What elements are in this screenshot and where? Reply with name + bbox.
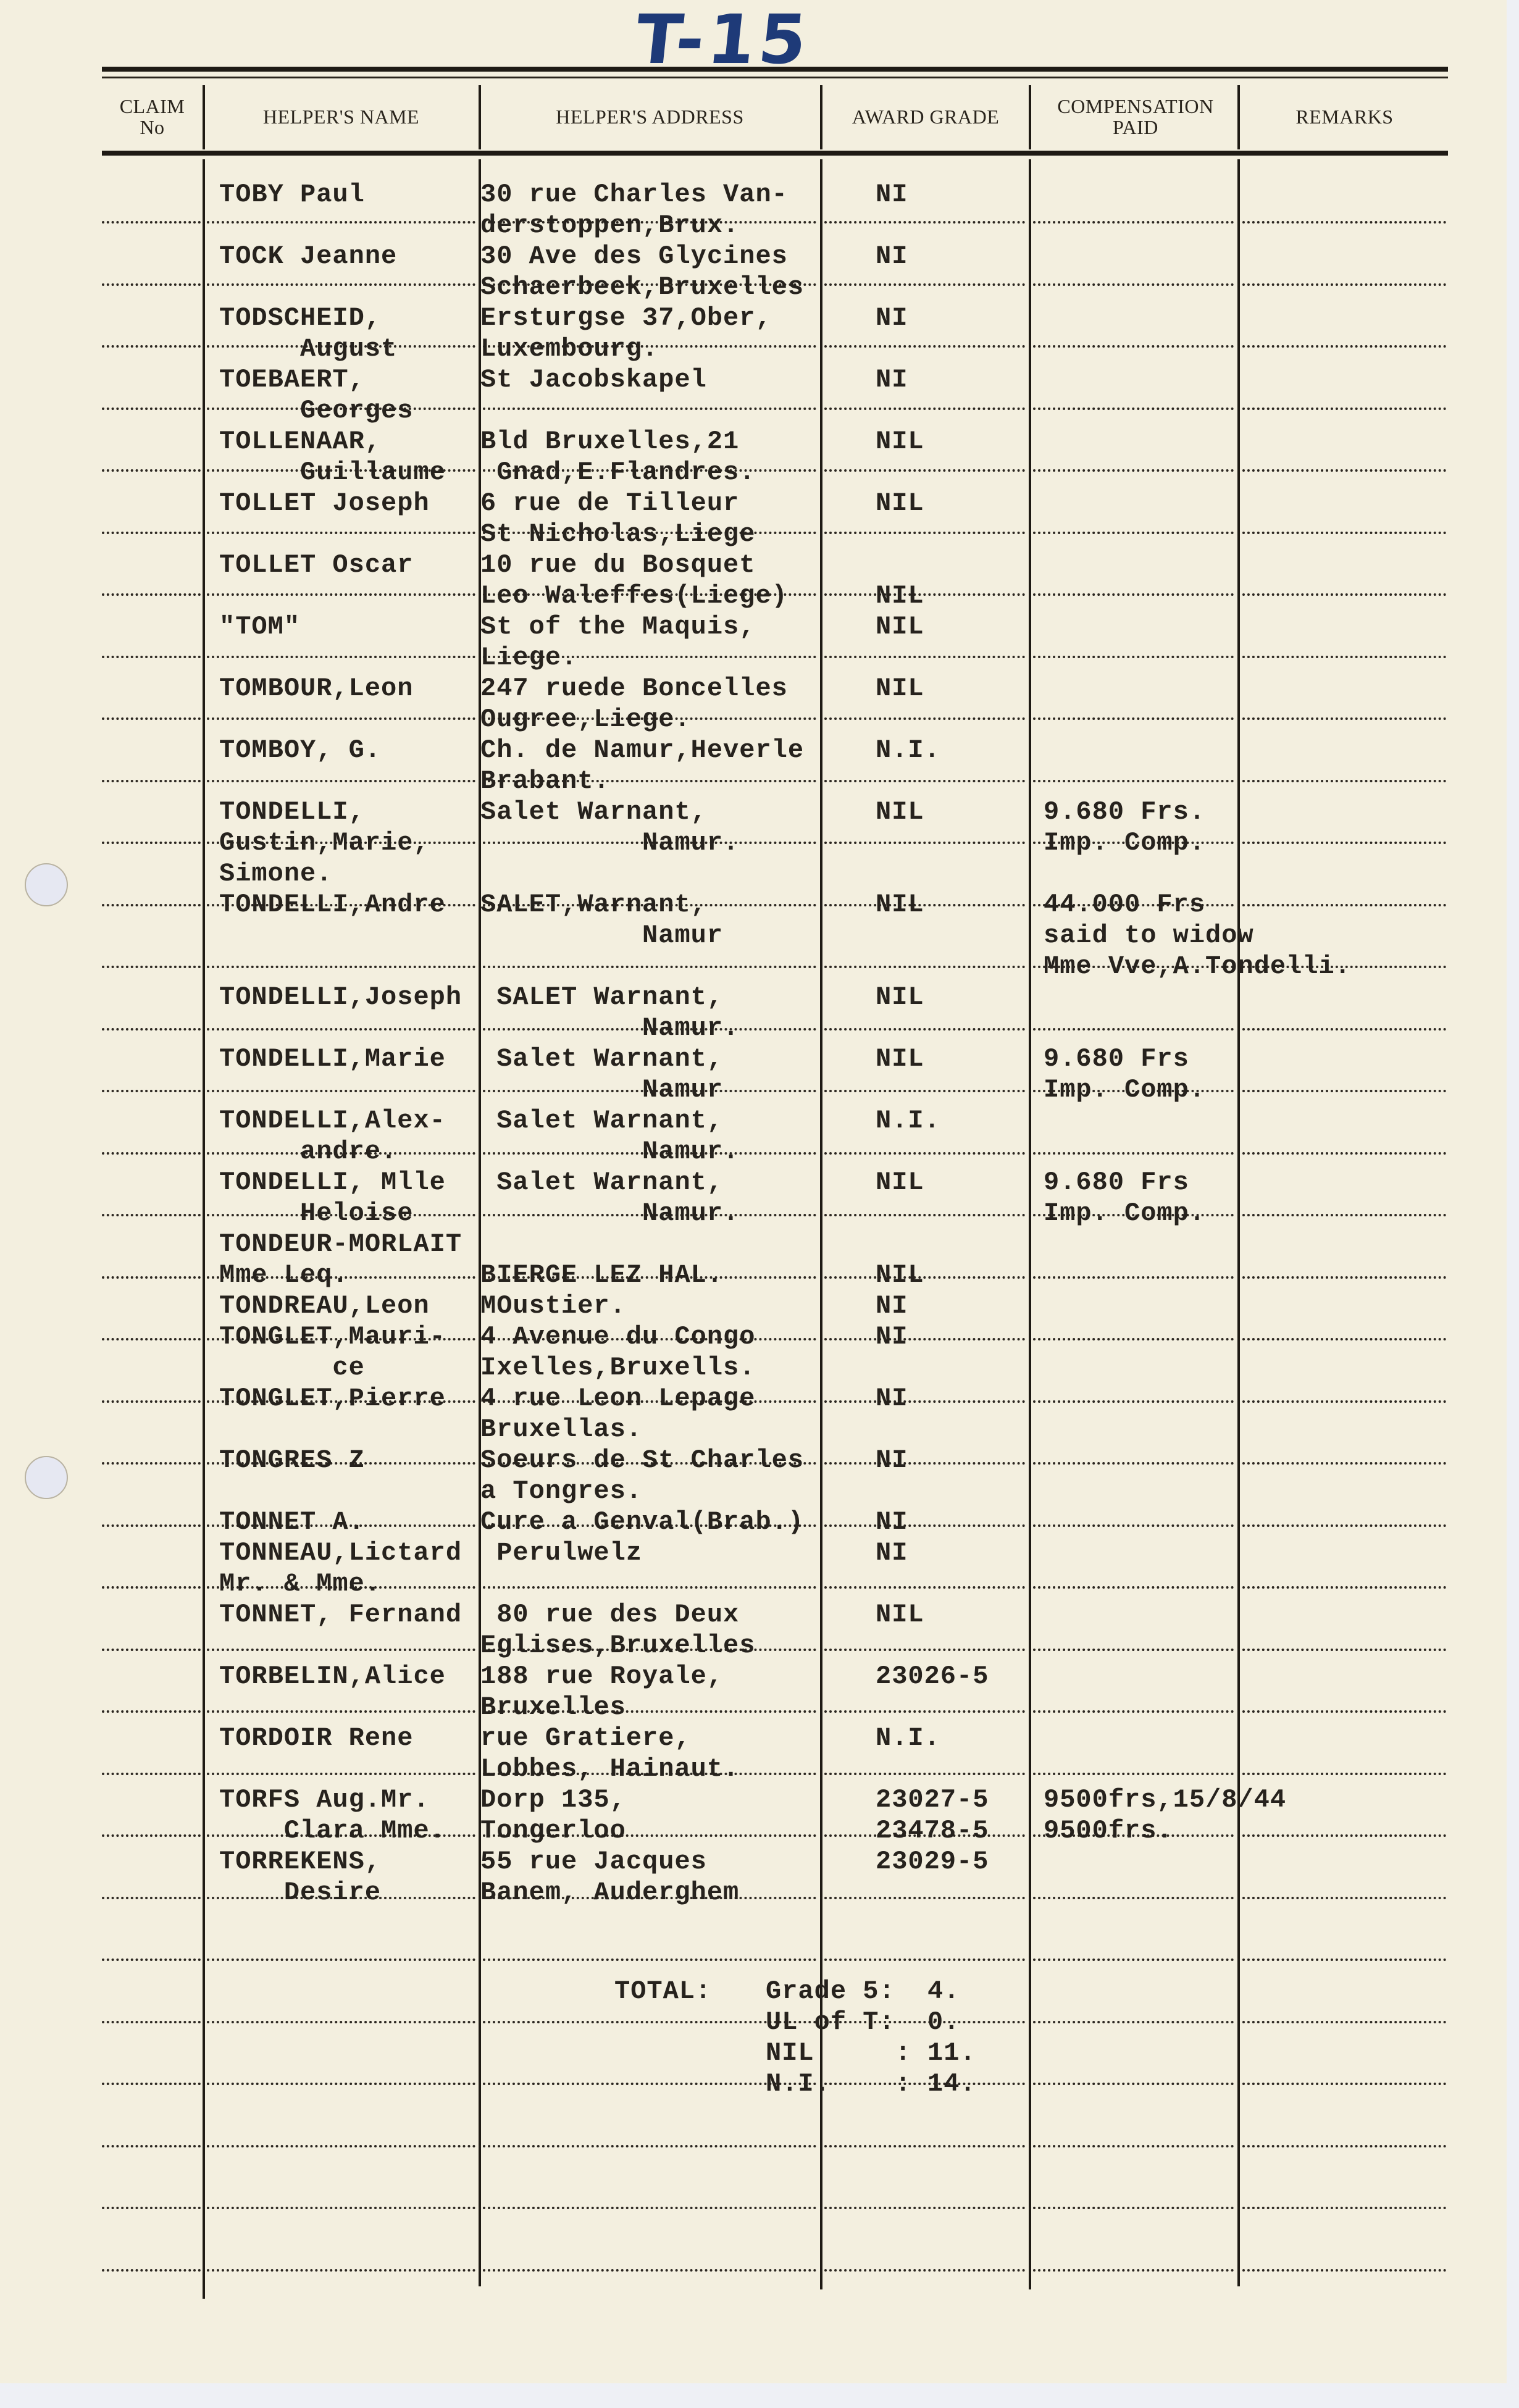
- cell-address: Luxembourg.: [480, 333, 658, 364]
- dotted-rule: [1242, 1834, 1446, 1837]
- cell-address: rue Gratiere,: [480, 1723, 691, 1754]
- cell-address: Gnad,E.Flandres.: [480, 457, 755, 488]
- dotted-rule: [483, 966, 816, 968]
- cell-address: Eglises,Bruxelles: [480, 1630, 755, 1661]
- dotted-rule: [824, 2269, 1025, 2272]
- cell-address: Tongerloo: [480, 1815, 626, 1846]
- totals-label: TOTAL:: [614, 1976, 711, 2007]
- dotted-rule: [824, 717, 1025, 720]
- cell-grade: 23029-5: [876, 1846, 989, 1877]
- cell-grade: NI: [876, 1507, 908, 1537]
- dotted-rule: [1033, 656, 1234, 658]
- dotted-rule: [1033, 469, 1234, 472]
- dotted-rule: [824, 656, 1025, 658]
- cell-name: TORREKENS,: [219, 1846, 381, 1877]
- cell-name: TONDEUR-MORLAIT: [219, 1229, 462, 1260]
- dotted-rule: [102, 345, 201, 348]
- dotted-rule: [102, 2083, 201, 2085]
- dotted-rule: [1242, 345, 1446, 348]
- dotted-rule: [1033, 780, 1234, 782]
- dotted-rule: [1033, 1586, 1234, 1589]
- cell-address: 30 Ave des Glycines: [480, 241, 788, 272]
- dotted-rule: [207, 532, 475, 534]
- dotted-rule: [824, 1338, 1025, 1340]
- cell-grade: NIL: [876, 426, 924, 457]
- header-award-grade: AWARD GRADE: [821, 86, 1030, 148]
- dotted-rule: [102, 1462, 201, 1465]
- header-compensation-paid: COMPENSATION PAID: [1031, 86, 1240, 148]
- cell-grade: NI: [876, 1383, 908, 1414]
- dotted-rule: [824, 593, 1025, 596]
- header-divider: [1237, 85, 1240, 149]
- header-helper-address: HELPER'S ADDRESS: [480, 86, 820, 148]
- dotted-rule: [102, 1834, 201, 1837]
- cell-address: BIERGE LEZ HAL.: [480, 1260, 723, 1290]
- cell-name: TONGLET,Mauri-: [219, 1321, 446, 1352]
- dotted-rule: [102, 717, 201, 720]
- cell-comp: Imp. Comp.: [1044, 827, 1205, 858]
- cell-name: "TOM": [219, 611, 300, 642]
- dotted-rule: [207, 221, 475, 224]
- cell-name: TOCK Jeanne: [219, 241, 397, 272]
- cell-address: Brabant.: [480, 766, 610, 796]
- cell-address: Namur.: [480, 1136, 739, 1167]
- dotted-rule: [824, 1090, 1025, 1092]
- dotted-rule: [1242, 469, 1446, 472]
- dotted-rule: [102, 904, 201, 906]
- dotted-rule: [102, 1710, 201, 1713]
- dotted-rule: [824, 904, 1025, 906]
- cell-name: Desire: [219, 1877, 381, 1908]
- cell-grade: NIL: [876, 889, 924, 920]
- dotted-rule: [824, 1897, 1025, 1899]
- cell-name: TORDOIR Rene: [219, 1723, 413, 1754]
- dotted-rule: [1242, 780, 1446, 782]
- cell-address: Namur.: [480, 1198, 739, 1229]
- dotted-rule: [207, 1028, 475, 1031]
- cell-grade: NI: [876, 1290, 908, 1321]
- dotted-rule: [824, 1152, 1025, 1155]
- dotted-rule: [102, 1524, 201, 1527]
- dotted-rule: [102, 1214, 201, 1216]
- cell-address: derstoppen,Brux.: [480, 210, 739, 241]
- dotted-rule: [1033, 1773, 1234, 1775]
- header-divider: [203, 85, 205, 149]
- totals-row: UL of T: 0.: [766, 2007, 960, 2038]
- dotted-rule: [824, 283, 1025, 286]
- cell-comp: 9.680 Frs: [1044, 1043, 1189, 1074]
- cell-address: Banem, Auderghem: [480, 1877, 739, 1908]
- dotted-rule: [1242, 2269, 1446, 2272]
- dotted-rule: [207, 1773, 475, 1775]
- cell-comp: said to widow: [1044, 920, 1254, 951]
- dotted-rule: [824, 1524, 1025, 1527]
- cell-address: Namur.: [480, 827, 739, 858]
- cell-address: 10 rue du Bosquet: [480, 550, 755, 580]
- cell-grade: NI: [876, 1537, 908, 1568]
- header-claim-no: CLAIM No: [102, 86, 203, 148]
- dotted-rule: [1033, 532, 1234, 534]
- dotted-rule: [102, 2021, 201, 2023]
- dotted-rule: [1033, 1462, 1234, 1465]
- dotted-rule: [1033, 1649, 1234, 1651]
- dotted-rule: [824, 1959, 1025, 1961]
- cell-name: TODSCHEID,: [219, 303, 381, 333]
- dotted-rule: [824, 1028, 1025, 1031]
- dotted-rule: [1242, 408, 1446, 410]
- dotted-rule: [1242, 1338, 1446, 1340]
- cell-address: Cure a Genval(Brab.): [480, 1507, 804, 1537]
- dotted-rule: [824, 966, 1025, 968]
- cell-name: TOEBAERT,: [219, 364, 365, 395]
- cell-name: TONGRES Z: [219, 1445, 365, 1476]
- dotted-rule: [207, 2207, 475, 2209]
- dotted-rule: [824, 1276, 1025, 1279]
- cell-address: 30 rue Charles Van-: [480, 179, 788, 210]
- punch-hole: [25, 863, 68, 906]
- cell-grade: NI: [876, 1445, 908, 1476]
- cell-address: 4 Avenue du Congo: [480, 1321, 755, 1352]
- dotted-rule: [824, 532, 1025, 534]
- dotted-rule: [1033, 2207, 1234, 2209]
- dotted-rule: [207, 283, 475, 286]
- cell-grade: NIL: [876, 673, 924, 704]
- dotted-rule: [1242, 1028, 1446, 1031]
- header-top-rule: [102, 67, 1448, 72]
- cell-address: SALET Warnant,: [480, 982, 723, 1013]
- cell-address: Salet Warnant,: [480, 796, 707, 827]
- cell-address: Leo Waleffes(Liege): [480, 580, 788, 611]
- header-divider: [479, 85, 481, 149]
- dotted-rule: [1242, 532, 1446, 534]
- dotted-rule: [102, 1959, 201, 1961]
- dotted-rule: [824, 1710, 1025, 1713]
- cell-grade: NIL: [876, 1260, 924, 1290]
- dotted-rule: [1033, 2269, 1234, 2272]
- cell-comp: 9.680 Frs: [1044, 1167, 1189, 1198]
- cell-name: Mr. & Mme.: [219, 1568, 381, 1599]
- dotted-rule: [1033, 1897, 1234, 1899]
- cell-name: TOLLET Joseph: [219, 488, 430, 519]
- dotted-rule: [1242, 2145, 1446, 2147]
- dotted-rule: [483, 1959, 816, 1961]
- header-remarks: REMARKS: [1241, 86, 1448, 148]
- dotted-rule: [1242, 221, 1446, 224]
- cell-comp: 9500frs.: [1044, 1815, 1173, 1846]
- dotted-rule: [102, 1276, 201, 1279]
- cell-name: TONDELLI,Marie: [219, 1043, 446, 1074]
- dotted-rule: [102, 1028, 201, 1031]
- dotted-rule: [1033, 2083, 1234, 2085]
- totals-row: Grade 5: 4.: [766, 1976, 960, 2007]
- cell-name: TOBY Paul: [219, 179, 365, 210]
- cell-grade: NI: [876, 364, 908, 395]
- cell-grade: NI: [876, 179, 908, 210]
- dotted-rule: [1242, 1462, 1446, 1465]
- cell-address: Salet Warnant,: [480, 1043, 723, 1074]
- dotted-rule: [102, 469, 201, 472]
- dotted-rule: [102, 656, 201, 658]
- dotted-rule: [1242, 1649, 1446, 1651]
- column-divider: [1029, 159, 1031, 2289]
- dotted-rule: [1242, 593, 1446, 596]
- cell-address: St of the Maquis,: [480, 611, 755, 642]
- dotted-rule: [1242, 2021, 1446, 2023]
- dotted-rule: [1033, 283, 1234, 286]
- cell-comp: 9.680 Frs.: [1044, 796, 1205, 827]
- cell-grade: NIL: [876, 488, 924, 519]
- cell-address: 6 rue de Tilleur: [480, 488, 739, 519]
- dotted-rule: [207, 717, 475, 720]
- cell-address: Schaerbeek,Bruxelles: [480, 272, 804, 303]
- dotted-rule: [824, 221, 1025, 224]
- cell-name: Guillaume: [219, 457, 446, 488]
- cell-grade: 23478-5: [876, 1815, 989, 1846]
- dotted-rule: [824, 1649, 1025, 1651]
- dotted-rule: [1242, 904, 1446, 906]
- cell-address: MOustier.: [480, 1290, 626, 1321]
- dotted-rule: [102, 1897, 201, 1899]
- dotted-rule: [1033, 1028, 1234, 1031]
- cell-comp: Imp. Comp.: [1044, 1198, 1205, 1229]
- dotted-rule: [1033, 1524, 1234, 1527]
- dotted-rule: [102, 283, 201, 286]
- dotted-rule: [1033, 408, 1234, 410]
- dotted-rule: [1242, 1586, 1446, 1589]
- cell-name: TONNET, Fernand: [219, 1599, 462, 1630]
- cell-address: Ch. de Namur,Heverle: [480, 735, 804, 766]
- dotted-rule: [1033, 717, 1234, 720]
- cell-name: TONGLET,Pierre: [219, 1383, 446, 1414]
- cell-name: TOLLET Oscar: [219, 550, 413, 580]
- cell-grade: NIL: [876, 1599, 924, 1630]
- cell-name: TONDELLI,Andre: [219, 889, 446, 920]
- cell-name: TONNEAU,Lictard: [219, 1537, 462, 1568]
- cell-name: Gustin,Marie,: [219, 827, 430, 858]
- dotted-rule: [207, 2145, 475, 2147]
- column-divider: [203, 159, 205, 2299]
- dotted-rule: [483, 2269, 816, 2272]
- dotted-rule: [824, 1462, 1025, 1465]
- dotted-rule: [824, 1773, 1025, 1775]
- dotted-rule: [824, 780, 1025, 782]
- dotted-rule: [1033, 345, 1234, 348]
- dotted-rule: [207, 2021, 475, 2023]
- dotted-rule: [824, 1400, 1025, 1403]
- cell-name: TONDELLI, Mlle: [219, 1167, 446, 1198]
- cell-comp: 44.000 Frs: [1044, 889, 1205, 920]
- dotted-rule: [102, 1338, 201, 1340]
- dotted-rule: [102, 1400, 201, 1403]
- cell-address: Lobbes, Hainaut.: [480, 1754, 739, 1784]
- dotted-rule: [102, 2269, 201, 2272]
- cell-comp: Imp. Comp.: [1044, 1074, 1205, 1105]
- document-page: T-15 CLAIM No HELPER'S NAME HELPER'S ADD…: [0, 0, 1507, 2383]
- dotted-rule: [1033, 1276, 1234, 1279]
- cell-grade: NIL: [876, 1167, 924, 1198]
- cell-name: Heloise: [219, 1198, 413, 1229]
- dotted-rule: [1242, 1152, 1446, 1155]
- dotted-rule: [207, 1090, 475, 1092]
- cell-grade: NIL: [876, 982, 924, 1013]
- cell-address: Liege.: [480, 642, 577, 673]
- dotted-rule: [207, 1959, 475, 1961]
- totals-row: NIL : 11.: [766, 2038, 976, 2068]
- dotted-rule: [207, 1710, 475, 1713]
- dotted-rule: [1242, 1090, 1446, 1092]
- dotted-rule: [1033, 221, 1234, 224]
- dotted-rule: [102, 2145, 201, 2147]
- cell-address: 247 ruede Boncelles: [480, 673, 788, 704]
- cell-grade: 23027-5: [876, 1784, 989, 1815]
- cell-grade: NIL: [876, 796, 924, 827]
- dotted-rule: [102, 408, 201, 410]
- dotted-rule: [483, 2207, 816, 2209]
- cell-address: 188 rue Royale,: [480, 1661, 723, 1692]
- dotted-rule: [1242, 1524, 1446, 1527]
- cell-address: Dorp 135,: [480, 1784, 626, 1815]
- punch-hole: [25, 1456, 68, 1499]
- dotted-rule: [102, 1649, 201, 1651]
- cell-grade: NI: [876, 241, 908, 272]
- dotted-rule: [102, 593, 201, 596]
- cell-name: TONNET A.: [219, 1507, 365, 1537]
- dotted-rule: [207, 656, 475, 658]
- cell-name: ce: [219, 1352, 365, 1383]
- cell-name: TOMBOY, G.: [219, 735, 381, 766]
- dotted-rule: [207, 966, 475, 968]
- dotted-rule: [483, 1586, 816, 1589]
- cell-name: TORFS Aug.Mr.: [219, 1784, 430, 1815]
- cell-grade: NIL: [876, 580, 924, 611]
- header-divider: [1029, 85, 1031, 149]
- dotted-rule: [207, 593, 475, 596]
- dotted-rule: [824, 408, 1025, 410]
- cell-grade: N.I.: [876, 735, 940, 766]
- cell-name: TONDELLI,Alex-: [219, 1105, 446, 1136]
- cell-address: Salet Warnant,: [480, 1105, 723, 1136]
- dotted-rule: [1242, 717, 1446, 720]
- cell-name: TONDELLI,Joseph: [219, 982, 462, 1013]
- cell-grade: N.I.: [876, 1723, 940, 1754]
- cell-address: Soeurs de St Charles: [480, 1445, 804, 1476]
- dotted-rule: [1242, 1710, 1446, 1713]
- cell-name: August: [219, 333, 397, 364]
- dotted-rule: [1033, 593, 1234, 596]
- cell-name: Clara Mme.: [219, 1815, 446, 1846]
- cell-address: a Tongres.: [480, 1476, 642, 1507]
- cell-address: Salet Warnant,: [480, 1167, 723, 1198]
- cell-address: Ixelles,Bruxells.: [480, 1352, 755, 1383]
- dotted-rule: [102, 532, 201, 534]
- header-bottom-rule: [102, 151, 1448, 156]
- dotted-rule: [102, 1586, 201, 1589]
- header-helper-name: HELPER'S NAME: [204, 86, 479, 148]
- cell-address: SALET,Warnant,: [480, 889, 707, 920]
- cell-address: Namur.: [480, 1013, 739, 1043]
- dotted-rule: [824, 842, 1025, 844]
- dotted-rule: [1033, 2021, 1234, 2023]
- dotted-rule: [207, 2269, 475, 2272]
- dotted-rule: [824, 345, 1025, 348]
- dotted-rule: [1033, 1338, 1234, 1340]
- cell-address: Namur: [480, 1074, 723, 1105]
- dotted-rule: [824, 2145, 1025, 2147]
- dotted-rule: [102, 1090, 201, 1092]
- dotted-rule: [1242, 842, 1446, 844]
- dotted-rule: [1033, 2145, 1234, 2147]
- dotted-rule: [1242, 1214, 1446, 1216]
- dotted-rule: [1242, 1959, 1446, 1961]
- header-divider: [820, 85, 822, 149]
- cell-grade: NIL: [876, 1043, 924, 1074]
- cell-address: Bld Bruxelles,21: [480, 426, 739, 457]
- cell-grade: 23026-5: [876, 1661, 989, 1692]
- cell-address: St Jacobskapel: [480, 364, 707, 395]
- dotted-rule: [1242, 1773, 1446, 1775]
- dotted-rule: [102, 1773, 201, 1775]
- header-top-rule-thin: [102, 77, 1448, 78]
- totals-row: N.I. : 14.: [766, 2068, 976, 2099]
- dotted-rule: [1242, 1276, 1446, 1279]
- cell-comp: 9500frs,15/8/44: [1044, 1784, 1286, 1815]
- cell-address: Ersturgse 37,Ober,: [480, 303, 772, 333]
- dotted-rule: [824, 2207, 1025, 2209]
- cell-address: 55 rue Jacques: [480, 1846, 707, 1877]
- cell-address: Perulwelz: [480, 1537, 642, 1568]
- cell-grade: NI: [876, 1321, 908, 1352]
- dotted-rule: [483, 2145, 816, 2147]
- cell-grade: NI: [876, 303, 908, 333]
- cell-name: Simone.: [219, 858, 332, 889]
- dotted-rule: [1033, 1710, 1234, 1713]
- cell-name: TOMBOUR,Leon: [219, 673, 413, 704]
- dotted-rule: [483, 408, 816, 410]
- dotted-rule: [1033, 1152, 1234, 1155]
- cell-name: TONDELLI,: [219, 796, 365, 827]
- dotted-rule: [102, 2207, 201, 2209]
- dotted-rule: [1242, 2207, 1446, 2209]
- dotted-rule: [102, 1152, 201, 1155]
- cell-name: Georges: [219, 395, 413, 426]
- cell-address: Namur: [480, 920, 723, 951]
- dotted-rule: [102, 780, 201, 782]
- dotted-rule: [824, 1586, 1025, 1589]
- cell-name: TOLLENAAR,: [219, 426, 381, 457]
- dotted-rule: [207, 1649, 475, 1651]
- dotted-rule: [207, 780, 475, 782]
- column-divider: [820, 159, 822, 2289]
- cell-address: 80 rue des Deux: [480, 1599, 739, 1630]
- cell-address: Bruxellas.: [480, 1414, 642, 1445]
- cell-address: St Nicholas,Liege: [480, 519, 755, 550]
- dotted-rule: [1242, 2083, 1446, 2085]
- cell-address: Bruxelles: [480, 1692, 626, 1723]
- cell-comp: Mme Vve,A.Tondelli.: [1044, 951, 1351, 982]
- dotted-rule: [102, 966, 201, 968]
- column-divider: [1237, 159, 1240, 2286]
- dotted-rule: [1242, 1400, 1446, 1403]
- cell-name: TORBELIN,Alice: [219, 1661, 446, 1692]
- cell-address: Ougree,Liege.: [480, 704, 691, 735]
- cell-name: andre.: [219, 1136, 397, 1167]
- dotted-rule: [102, 221, 201, 224]
- dotted-rule: [1242, 656, 1446, 658]
- dotted-rule: [1242, 1897, 1446, 1899]
- dotted-rule: [102, 842, 201, 844]
- cell-grade: N.I.: [876, 1105, 940, 1136]
- cell-address: 4 rue Leon Lepage: [480, 1383, 755, 1414]
